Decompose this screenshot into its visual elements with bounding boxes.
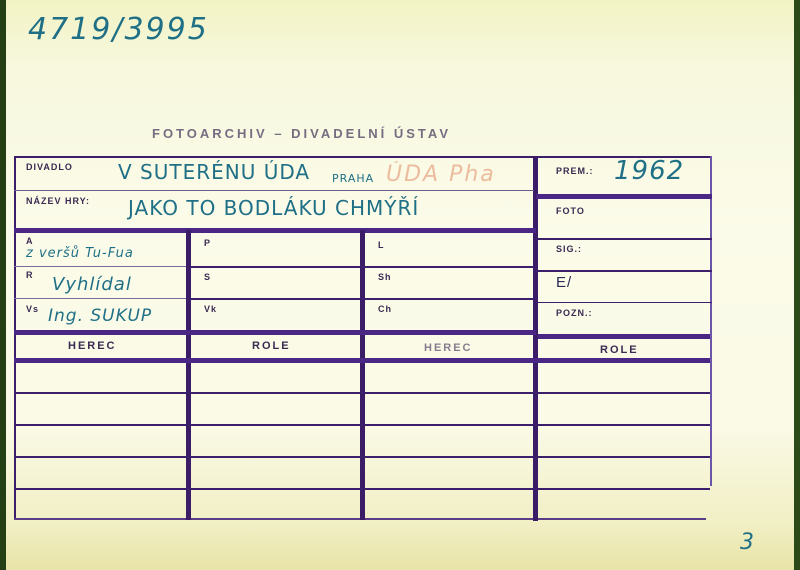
- signature-label: SIG.:: [556, 244, 582, 254]
- inventory-number: 4719/3995: [28, 12, 209, 47]
- page-number: 3: [740, 530, 755, 555]
- theatre-row-line: [14, 190, 534, 191]
- credit-sh-label: Sh: [378, 272, 392, 282]
- credits-bottom-line: [14, 330, 536, 335]
- cast-row-line-1: [14, 392, 710, 394]
- note-label: POZN.:: [556, 308, 593, 318]
- credits-row-line-2: [190, 298, 534, 300]
- frame-left-line: [14, 156, 16, 518]
- cast-header-top-line-right: [538, 334, 710, 339]
- cast-header-role-2: ROLE: [600, 344, 639, 356]
- premiere-row-line: [536, 194, 712, 199]
- scan-edge-right: [794, 0, 800, 570]
- credits-col-divider-1: [186, 230, 191, 520]
- cast-row-line-3: [14, 456, 710, 458]
- theatre-city: PRAHA: [332, 172, 374, 185]
- cast-row-line-2: [14, 424, 710, 426]
- author-value: z veršů Tu-Fua: [26, 246, 134, 261]
- theatre-value: V SUTERÉNU ÚDA: [118, 160, 310, 184]
- stage-design-value: Ing. SUKUP: [48, 306, 152, 326]
- cast-header-actor-1: HEREC: [68, 340, 117, 352]
- cast-header-actor-2: HEREC: [424, 342, 473, 354]
- frame-top-line: [14, 156, 712, 158]
- faint-theatre-overwrite: ÚDA Pha: [386, 162, 496, 187]
- play-title-label: NÁZEV HRY:: [26, 196, 90, 206]
- premiere-label: PREM.:: [556, 166, 594, 176]
- institute-header-stamp: FOTOARCHIV – DIVADELNÍ ÚSTAV: [152, 126, 451, 141]
- credits-left-row-line-1: [14, 266, 186, 267]
- e-row-line: [536, 302, 712, 303]
- cast-row-line-4: [14, 488, 710, 490]
- credit-s-label: S: [204, 272, 211, 282]
- credits-left-row-line-2: [14, 298, 186, 299]
- photo-label: FOTO: [556, 206, 585, 216]
- title-row-bottom-line: [14, 228, 536, 233]
- frame-right-line: [710, 156, 712, 486]
- stage-design-label: Vs: [26, 304, 39, 314]
- author-label: A: [26, 236, 34, 246]
- cast-header-role-1: ROLE: [252, 340, 291, 352]
- scan-edge-left: [0, 0, 6, 570]
- e-label: E/: [556, 274, 572, 291]
- theatre-label: DIVADLO: [26, 162, 73, 172]
- credits-row-line-1: [190, 266, 534, 268]
- play-title-value: JAKO TO BODLÁKU CHMÝŘÍ: [128, 196, 419, 220]
- signature-row-line: [536, 270, 712, 272]
- director-value: Vyhlídal: [52, 274, 132, 295]
- archive-index-card: 4719/3995 FOTOARCHIV – DIVADELNÍ ÚSTAV D…: [6, 0, 794, 570]
- credit-ch-label: Ch: [378, 304, 392, 314]
- premiere-value: 1962: [614, 156, 684, 186]
- credit-l-label: L: [378, 240, 385, 250]
- photo-row-line: [536, 238, 712, 240]
- credit-p-label: P: [204, 238, 211, 248]
- credit-vk-label: Vk: [204, 304, 217, 314]
- cast-header-bottom-line: [14, 358, 710, 363]
- credits-col-divider-2: [360, 230, 365, 520]
- director-label: R: [26, 270, 34, 280]
